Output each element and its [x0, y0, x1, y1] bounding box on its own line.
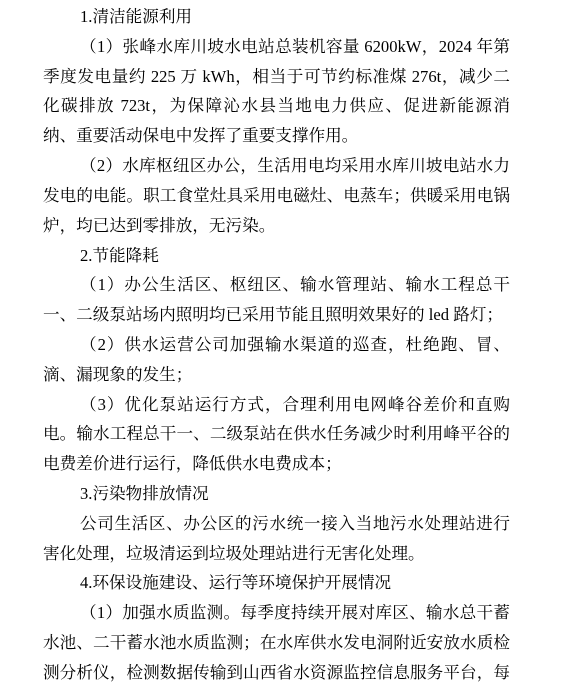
text-line: （2）供水运营公司加强输水渠道的巡查，杜绝跑、冒、: [43, 330, 510, 360]
text-line: 一、二级泵站场内照明均已采用节能且照明效果好的 led 路灯；: [43, 300, 510, 330]
text-line: 公司生活区、办公区的污水统一接入当地污水处理站进行无: [43, 509, 510, 539]
text-line: 季度发电量约 225 万 kWh，相当于可节约标准煤 276t，减少二氧: [43, 62, 510, 92]
text-line: 1.清洁能源利用: [43, 2, 510, 32]
text-line: 发电的电能。职工食堂灶具采用电磁灶、电蒸车；供暖采用电锅: [43, 181, 510, 211]
text-line: （1）张峰水库川坡水电站总装机容量 6200kW，2024 年第一: [43, 32, 510, 62]
text-line: 化碳排放 723t，为保障沁水县当地电力供应、促进新能源消: [43, 91, 510, 121]
text-line: 2.节能降耗: [43, 241, 510, 271]
text-line: 3.污染物排放情况: [43, 479, 510, 509]
text-line: 4.环保设施建设、运行等环境保护开展情况: [43, 568, 510, 598]
text-line: 测分析仪，检测数据传输到山西省水资源监控信息服务平台，每: [43, 658, 510, 686]
text-line: 电。输水工程总干一、二级泵站在供水任务减少时利用峰平谷的: [43, 419, 510, 449]
text-line: （1）办公生活区、枢纽区、输水管理站、输水工程总干: [43, 270, 510, 300]
text-line: 害化处理，垃圾清运到垃圾处理站进行无害化处理。: [43, 539, 510, 569]
text-line: 滴、漏现象的发生；: [43, 360, 510, 390]
text-line: 水池、二干蓄水池水质监测；在水库供水发电洞附近安放水质检: [43, 628, 510, 658]
text-line: （2）水库枢纽区办公，生活用电均采用水库川坡电站水力: [43, 151, 510, 181]
text-line: （1）加强水质监测。每季度持续开展对库区、输水总干蓄: [43, 598, 510, 628]
document-page: 1.清洁能源利用（1）张峰水库川坡水电站总装机容量 6200kW，2024 年第…: [0, 0, 573, 686]
text-line: 纳、重要活动保电中发挥了重要支撑作用。: [43, 121, 510, 151]
text-line: （3）优化泵站运行方式，合理利用电网峰谷差价和直购: [43, 390, 510, 420]
text-line: 电费差价进行运行，降低供水电费成本；: [43, 449, 510, 479]
text-line: 炉，均已达到零排放，无污染。: [43, 211, 510, 241]
